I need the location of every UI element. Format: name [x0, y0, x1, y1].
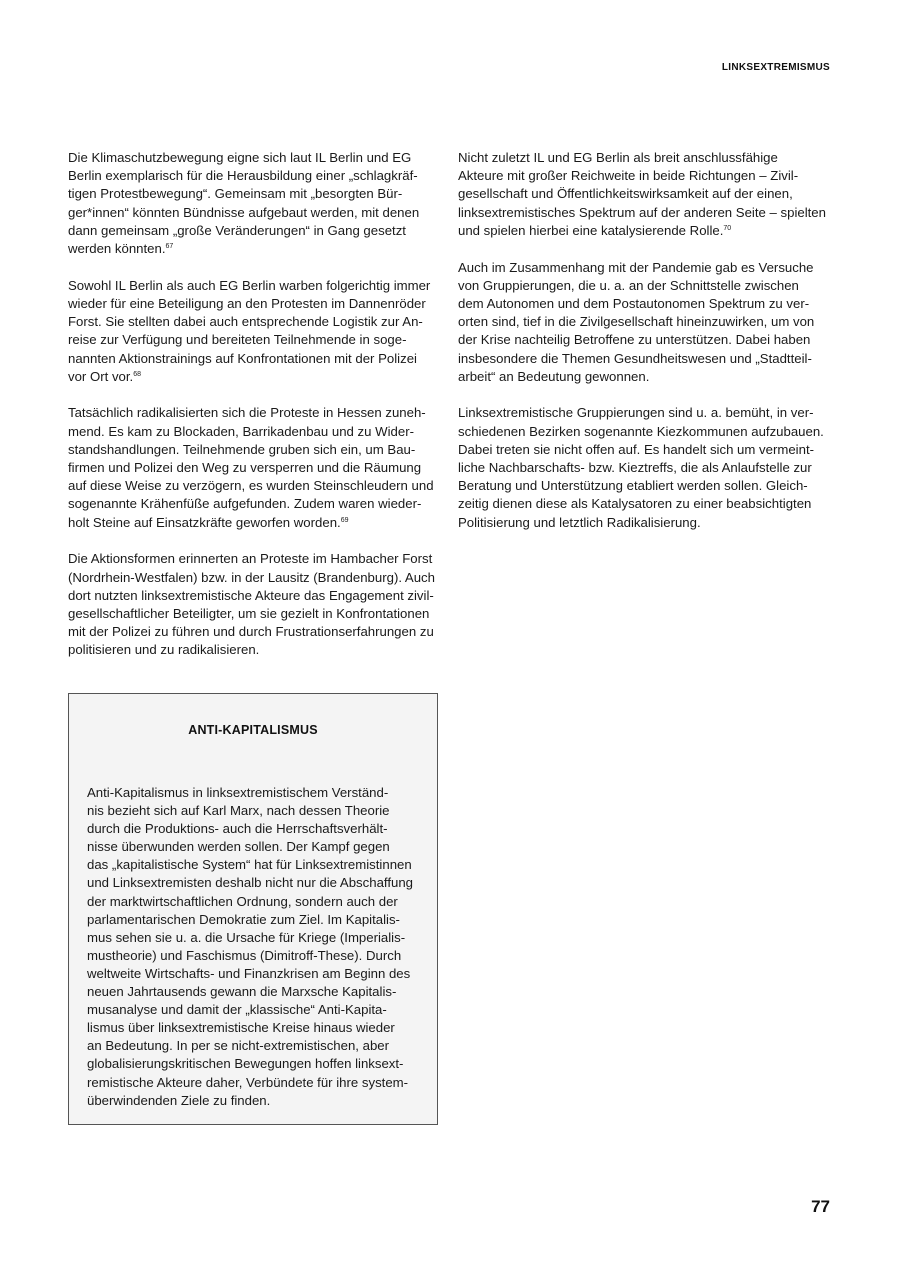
text-line: orten sind, tief in die Zivilgesellschaf…	[458, 313, 833, 331]
text-line: durch die Produktions- auch die Herrscha…	[87, 820, 413, 838]
text-line: werden könnten.	[68, 241, 166, 256]
text-line: Politisierung und letztlich Radikalisier…	[458, 514, 833, 532]
footnote-ref[interactable]: 70	[723, 225, 731, 232]
left-column: Die Klimaschutzbewegung eigne sich laut …	[68, 149, 443, 678]
text-line: Nicht zuletzt IL und EG Berlin als breit…	[458, 149, 833, 167]
text-line: dann gemeinsam „große Veränderungen“ in …	[68, 222, 443, 240]
text-line: sogenannte Krähenfüße aufgefunden. Zudem…	[68, 495, 443, 513]
text-line: tigen Protestbewegung“. Gemeinsam mit „b…	[68, 185, 443, 203]
text-line: auf diese Weise zu verzögern, es wurden …	[68, 477, 443, 495]
text-line: nisse überwunden werden sollen. Der Kamp…	[87, 838, 413, 856]
text-line: musanalyse und damit der „klassische“ An…	[87, 1001, 413, 1019]
text-line: mend. Es kam zu Blockaden, Barrikadenbau…	[68, 423, 443, 441]
text-line: globalisierungskritischen Bewegungen hof…	[87, 1055, 413, 1073]
text-line: Tatsächlich radikalisierten sich die Pro…	[68, 404, 443, 422]
paragraph: Tatsächlich radikalisierten sich die Pro…	[68, 404, 443, 531]
text-line: holt Steine auf Einsatzkräfte geworfen w…	[68, 515, 341, 530]
text-line: Forst. Sie stellten dabei auch entsprech…	[68, 313, 443, 331]
text-line: linksextremistisches Spektrum auf der an…	[458, 204, 833, 222]
text-line: politisieren und zu radikalisieren.	[68, 641, 443, 659]
text-line: gesellschaft und Öffentlichkeitswirksamk…	[458, 185, 833, 203]
footnote-ref[interactable]: 67	[166, 243, 174, 250]
text-line: und Linksextremisten deshalb nicht nur d…	[87, 874, 413, 892]
paragraph: Die Aktionsformen erinnerten an Proteste…	[68, 550, 443, 659]
text-line: Auch im Zusammenhang mit der Pandemie ga…	[458, 259, 833, 277]
text-line: remistische Akteure daher, Verbündete fü…	[87, 1074, 413, 1092]
running-head-title: LINKSEXTREMISMUS	[722, 62, 830, 73]
text-line: wieder für eine Beteiligung an den Prote…	[68, 295, 443, 313]
text-line: lismus über linksextremistische Kreise h…	[87, 1019, 413, 1037]
text-line: Akteure mit großer Reichweite in beide R…	[458, 167, 833, 185]
text-line: zeitig dienen diese als Katalysatoren zu…	[458, 495, 833, 513]
text-line: der marktwirtschaftlichen Ordnung, sonde…	[87, 893, 413, 911]
text-line: Dabei treten sie nicht offen auf. Es han…	[458, 441, 833, 459]
text-line: mit der Polizei zu führen und durch Frus…	[68, 623, 443, 641]
text-line: nis bezieht sich auf Karl Marx, nach des…	[87, 802, 413, 820]
paragraph: Linksextremistische Gruppierungen sind u…	[458, 404, 833, 531]
text-line: vor Ort vor.	[68, 369, 133, 384]
text-line: das „kapitalistische System“ hat für Lin…	[87, 856, 413, 874]
paragraph: Nicht zuletzt IL und EG Berlin als breit…	[458, 149, 833, 240]
paragraph: Sowohl IL Berlin als auch EG Berlin warb…	[68, 277, 443, 386]
text-line: Die Klimaschutzbewegung eigne sich laut …	[68, 149, 443, 167]
text-line: liche Nachbarschafts- bzw. Kieztreffs, d…	[458, 459, 833, 477]
paragraph: Die Klimaschutzbewegung eigne sich laut …	[68, 149, 443, 258]
text-line: Linksextremistische Gruppierungen sind u…	[458, 404, 833, 422]
text-line: schiedenen Bezirken sogenannte Kiezkommu…	[458, 423, 833, 441]
right-column: Nicht zuletzt IL und EG Berlin als breit…	[458, 149, 833, 550]
text-line: dem Autonomen und dem Postautonomen Spek…	[458, 295, 833, 313]
text-line: dort nutzten linksextremistische Akteure…	[68, 587, 443, 605]
infobox-body: Anti-Kapitalismus in linksextremistische…	[87, 784, 413, 1110]
text-line: reise zur Verfügung und bereiteten Teiln…	[68, 331, 443, 349]
paragraph: Auch im Zusammenhang mit der Pandemie ga…	[458, 259, 833, 386]
text-line: Sowohl IL Berlin als auch EG Berlin warb…	[68, 277, 443, 295]
text-line: der Krise nachteilig Betroffene zu unter…	[458, 331, 833, 349]
text-line: insbesondere die Themen Gesundheitswesen…	[458, 350, 833, 368]
text-line: standshandlungen. Teilnehmende gruben si…	[68, 441, 443, 459]
infobox-title: ANTI-KAPITALISMUS	[69, 723, 437, 737]
footnote-ref[interactable]: 68	[133, 371, 141, 378]
anti-kapitalismus-infobox: ANTI-KAPITALISMUS Anti-Kapitalismus in l…	[68, 693, 438, 1125]
text-line: Berlin exemplarisch für die Herausbildun…	[68, 167, 443, 185]
text-line: mus sehen sie u. a. die Ursache für Krie…	[87, 929, 413, 947]
text-line: gesellschaftlicher Beteiligter, um sie g…	[68, 605, 443, 623]
text-line: mustheorie) und Faschismus (Dimitroff-Th…	[87, 947, 413, 965]
page-number: 77	[811, 1197, 830, 1217]
text-line: ger*innen“ könnten Bündnisse aufgebaut w…	[68, 204, 443, 222]
text-line: firmen und Polizei den Weg zu versperren…	[68, 459, 443, 477]
text-line: (Nordrhein-Westfalen) bzw. in der Lausit…	[68, 569, 443, 587]
text-line: nannten Aktionstrainings auf Konfrontati…	[68, 350, 443, 368]
text-line: überwindenden Ziele zu finden.	[87, 1092, 413, 1110]
text-line: neuen Jahrtausends gewann die Marxsche K…	[87, 983, 413, 1001]
text-line: Beratung und Unterstützung etabliert wer…	[458, 477, 833, 495]
text-line: von Gruppierungen, die u. a. an der Schn…	[458, 277, 833, 295]
text-line: Anti-Kapitalismus in linksextremistische…	[87, 784, 413, 802]
text-line: weltweite Wirtschafts- und Finanzkrisen …	[87, 965, 413, 983]
footnote-ref[interactable]: 69	[341, 517, 349, 524]
text-line: arbeit“ an Bedeutung gewonnen.	[458, 368, 833, 386]
text-line: Die Aktionsformen erinnerten an Proteste…	[68, 550, 443, 568]
text-line: und spielen hierbei eine katalysierende …	[458, 223, 723, 238]
text-line: an Bedeutung. In per se nicht-extremisti…	[87, 1037, 413, 1055]
text-line: parlamentarischen Demokratie zum Ziel. I…	[87, 911, 413, 929]
